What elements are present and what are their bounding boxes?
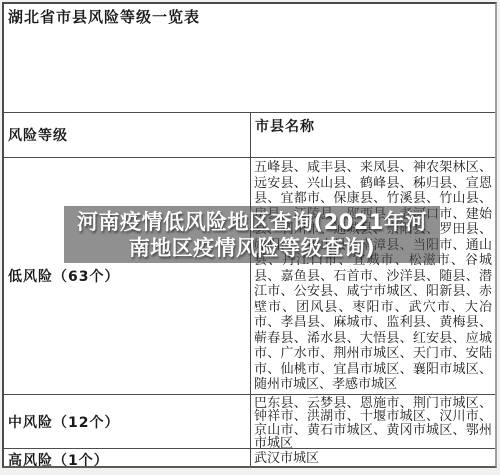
city-names-cell-high: 武汉市城区 bbox=[250, 448, 495, 466]
page: { "window": { "background": "#f1f1ef" },… bbox=[0, 0, 500, 475]
article-title-line-2: 南地区疫情风险等级查询) bbox=[129, 235, 376, 261]
article-title-overlay: 河南疫情低风险地区查询(2021年河 南地区疫情风险等级查询) bbox=[64, 206, 440, 263]
risk-level-cell-medium: 中风险（12个） bbox=[4, 394, 250, 448]
article-title-line-1: 河南疫情低风险地区查询(2021年河 bbox=[77, 209, 427, 235]
city-names-cell-low: 五峰县、咸丰县、来凤县、神农架林区、远安县、兴山县、鹤峰县、秭归县、宣恩县、宜都… bbox=[250, 157, 495, 394]
city-names-cell-medium: 巴东县、云梦县、恩施市、荆门市城区、钟祥市、洪湖市、十堰市城区、汉川市、京山市、… bbox=[250, 394, 495, 448]
column-header-risk-level: 风险等级 bbox=[4, 112, 250, 157]
risk-level-cell-high: 高风险（1个） bbox=[4, 448, 250, 466]
risk-level-cell-low: 低风险（63个） bbox=[4, 157, 250, 394]
table-title: 湖北省市县风险等级一览表 bbox=[4, 4, 495, 112]
column-header-city-names: 市县名称 bbox=[250, 112, 495, 157]
